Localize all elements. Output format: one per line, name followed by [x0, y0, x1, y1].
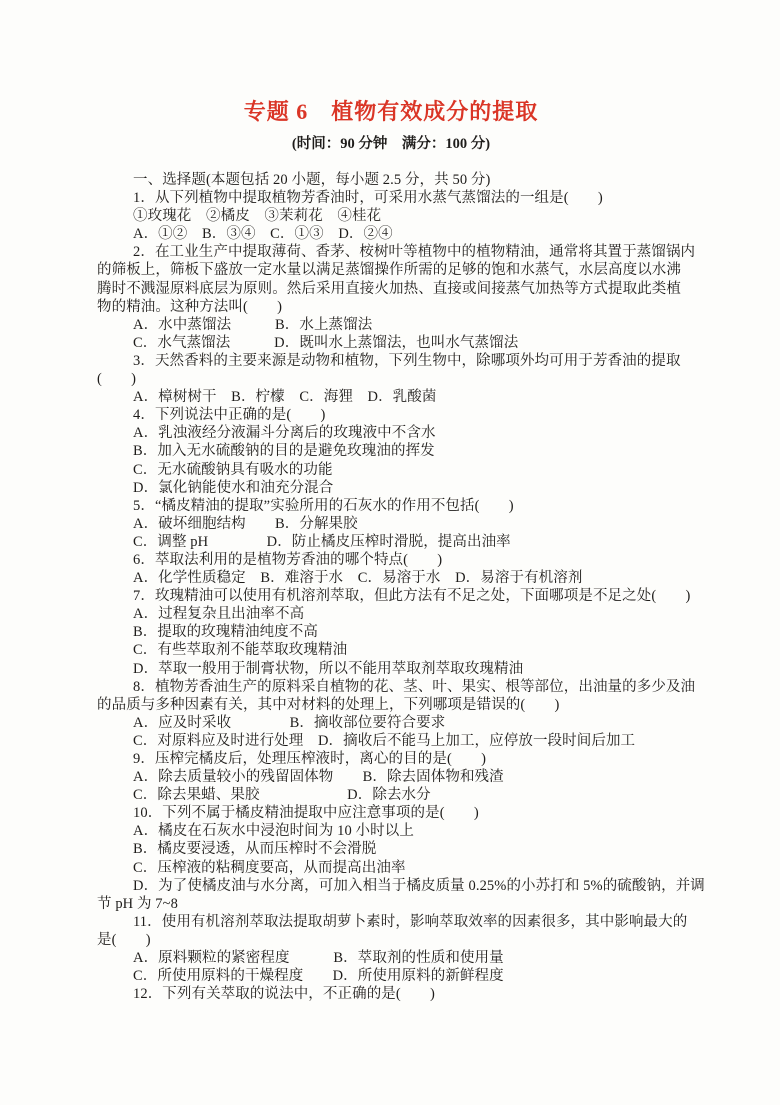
question-2-stem-line-2: 的筛板上，筛板下盛放一定水量以满足蒸馏操作所需的足够的饱和水蒸气，水层高度以水沸 [97, 261, 685, 279]
question-11-options-ab: A．原料颗粒的紧密程度 B．萃取剂的性质和使用量 [97, 949, 685, 967]
question-4-option-a: A．乳浊液经分液漏斗分离后的玫瑰液中不含水 [97, 424, 685, 442]
question-2-options-ab: A．水中蒸馏法 B．水上蒸馏法 [97, 316, 685, 334]
question-10-option-d-cont: 节 pH 为 7~8 [97, 895, 685, 913]
question-11-stem-line-1: 11．使用有机溶剂萃取法提取胡萝卜素时，影响萃取效率的因素很多，其中影响最大的 [97, 913, 685, 931]
question-1-options: A．①② B．③④ C．①③ D．②④ [97, 225, 685, 243]
question-4-option-c: C．无水硫酸钠具有吸水的功能 [97, 461, 685, 479]
question-10-option-b: B．橘皮要浸透，从而压榨时不会滑脱 [97, 840, 685, 858]
question-10-stem: 10．下列不属于橘皮精油提取中应注意事项的是( ) [97, 804, 685, 822]
question-1-stem: 1．从下列植物中提取植物芳香油时，可采用水蒸气蒸馏法的一组是( ) [97, 189, 685, 207]
question-8-options-ab: A．应及时采收 B．摘收部位要符合要求 [97, 714, 685, 732]
question-3-stem-line-2: ( ) [97, 370, 685, 388]
question-7-option-b: B．提取的玫瑰精油纯度不高 [97, 623, 685, 641]
question-2-stem-line-3: 腾时不溅湿原料底层为原则。然后采用直接火加热、直接或间接蒸气加热等方式提取此类植 [97, 280, 685, 298]
question-9-stem: 9．压榨完橘皮后，处理压榨液时，离心的目的是( ) [97, 750, 685, 768]
document-body: 一、选择题(本题包括 20 小题，每小题 2.5 分，共 50 分)1．从下列植… [97, 171, 685, 1003]
page-subtitle: (时间：90 分钟 满分：100 分) [97, 135, 685, 154]
question-4-stem: 4．下列说法中正确的是( ) [97, 406, 685, 424]
question-2-stem-line-1: 2．在工业生产中提取薄荷、香茅、桉树叶等植物中的植物精油，通常将其置于蒸馏锅内 [97, 243, 685, 261]
question-6-stem: 6．萃取法利用的是植物芳香油的哪个特点( ) [97, 551, 685, 569]
question-8-stem-line-1: 8．植物芳香油生产的原料采自植物的花、茎、叶、果实、根等部位，出油量的多少及油 [97, 678, 685, 696]
question-10-option-a: A．橘皮在石灰水中浸泡时间为 10 小时以上 [97, 822, 685, 840]
question-11-stem-line-2: 是( ) [97, 931, 685, 949]
question-7-option-d: D．萃取一般用于制膏状物，所以不能用萃取剂萃取玫瑰精油 [97, 660, 685, 678]
question-9-options-ab: A．除去质量较小的残留固体物 B．除去固体物和残渣 [97, 768, 685, 786]
question-8-options-cd: C．对原料应及时进行处理 D．摘收后不能马上加工，应停放一段时间后加工 [97, 732, 685, 750]
question-9-options-cd: C．除去果蜡、果胶 D．除去水分 [97, 786, 685, 804]
question-4-option-d: D．氯化钠能使水和油充分混合 [97, 479, 685, 497]
question-3-options: A．樟树树干 B．柠檬 C．海狸 D．乳酸菌 [97, 388, 685, 406]
question-5-options-cd: C．调整 pH D．防止橘皮压榨时滑脱，提高出油率 [97, 533, 685, 551]
question-10-option-c: C．压榨液的粘稠度要高，从而提高出油率 [97, 859, 685, 877]
question-12-stem: 12．下列有关萃取的说法中，不正确的是( ) [97, 985, 685, 1003]
question-2-stem-line-4: 物的精油。这种方法叫( ) [97, 298, 685, 316]
question-10-option-d: D．为了使橘皮油与水分离，可加入相当于橘皮质量 0.25%的小苏打和 5%的硫酸… [97, 877, 685, 895]
section-heading: 一、选择题(本题包括 20 小题，每小题 2.5 分，共 50 分) [97, 171, 685, 189]
document-page: 专题 6 植物有效成分的提取 (时间：90 分钟 满分：100 分) 一、选择题… [0, 0, 780, 1105]
question-8-stem-line-2: 的品质与多种因素有关，其中对材料的处理上，下列哪项是错误的( ) [97, 696, 685, 714]
question-7-stem: 7．玫瑰精油可以使用有机溶剂萃取，但此方法有不足之处，下面哪项是不足之处( ) [97, 587, 685, 605]
question-7-option-c: C．有些萃取剂不能萃取玫瑰精油 [97, 641, 685, 659]
question-7-option-a: A．过程复杂且出油率不高 [97, 605, 685, 623]
question-11-options-cd: C．所使用原料的干燥程度 D．所使用原料的新鲜程度 [97, 967, 685, 985]
question-5-options-ab: A．破坏细胞结构 B．分解果胶 [97, 515, 685, 533]
question-3-stem-line-1: 3．天然香料的主要来源是动物和植物，下列生物中，除哪项外均可用于芳香油的提取 [97, 352, 685, 370]
question-6-options: A．化学性质稳定 B．难溶于水 C．易溶于水 D．易溶于有机溶剂 [97, 569, 685, 587]
question-4-option-b: B．加入无水硫酸钠的目的是避免玫瑰油的挥发 [97, 442, 685, 460]
page-title: 专题 6 植物有效成分的提取 [97, 98, 685, 126]
question-2-options-cd: C．水气蒸馏法 D．既叫水上蒸馏法，也叫水气蒸馏法 [97, 334, 685, 352]
question-5-stem: 5．“橘皮精油的提取”实验所用的石灰水的作用不包括( ) [97, 497, 685, 515]
question-1-items: ①玫瑰花 ②橘皮 ③茉莉花 ④桂花 [97, 207, 685, 225]
